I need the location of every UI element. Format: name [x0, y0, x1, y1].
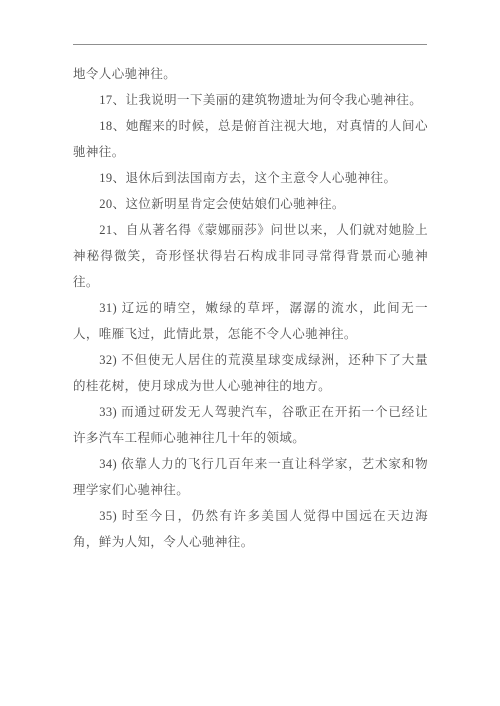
- paragraph-item-32: 32) 不但使无人居住的荒漠星球变成绿洲，还种下了大量的桂花树，使月球成为世人心…: [73, 347, 428, 399]
- text-block: 地令人心驰神往。 17、让我说明一下美丽的建筑物遗址为何令我心驰神往。 18、她…: [73, 61, 428, 555]
- paragraph-item-33: 33) 而通过研发无人驾驶汽车，谷歌正在开拓一个已经让许多汽车工程师心驰神往几十…: [73, 399, 428, 451]
- paragraph-item-17: 17、让我说明一下美丽的建筑物遗址为何令我心驰神往。: [73, 87, 428, 113]
- paragraph-item-31: 31) 辽远的晴空，嫩绿的草坪，潺潺的流水，此间无一人，唯雁飞过，此情此景，怎能…: [73, 295, 428, 347]
- paragraph-item-20: 20、这位新明星肯定会使姑娘们心驰神往。: [73, 191, 428, 217]
- paragraph-item-35: 35) 时至今日，仍然有许多美国人觉得中国远在天边海角，鲜为人知，令人心驰神往。: [73, 503, 428, 555]
- paragraph-item-34: 34) 依靠人力的飞行几百年来一直让科学家，艺术家和物理学家们心驰神往。: [73, 451, 428, 503]
- paragraph-item-19: 19、退休后到法国南方去，这个主意令人心驰神往。: [73, 165, 428, 191]
- top-divider: [73, 44, 427, 45]
- paragraph-item-18: 18、她醒来的时候，总是俯首注视大地，对真情的人间心驰神往。: [73, 113, 428, 165]
- paragraph-continuation: 地令人心驰神往。: [73, 61, 428, 87]
- document-page: 地令人心驰神往。 17、让我说明一下美丽的建筑物遗址为何令我心驰神往。 18、她…: [0, 0, 500, 706]
- paragraph-item-21: 21、自从著名得《蒙娜丽莎》问世以来，人们就对她脸上神秘得微笑，奇形怪状得岩石构…: [73, 217, 428, 295]
